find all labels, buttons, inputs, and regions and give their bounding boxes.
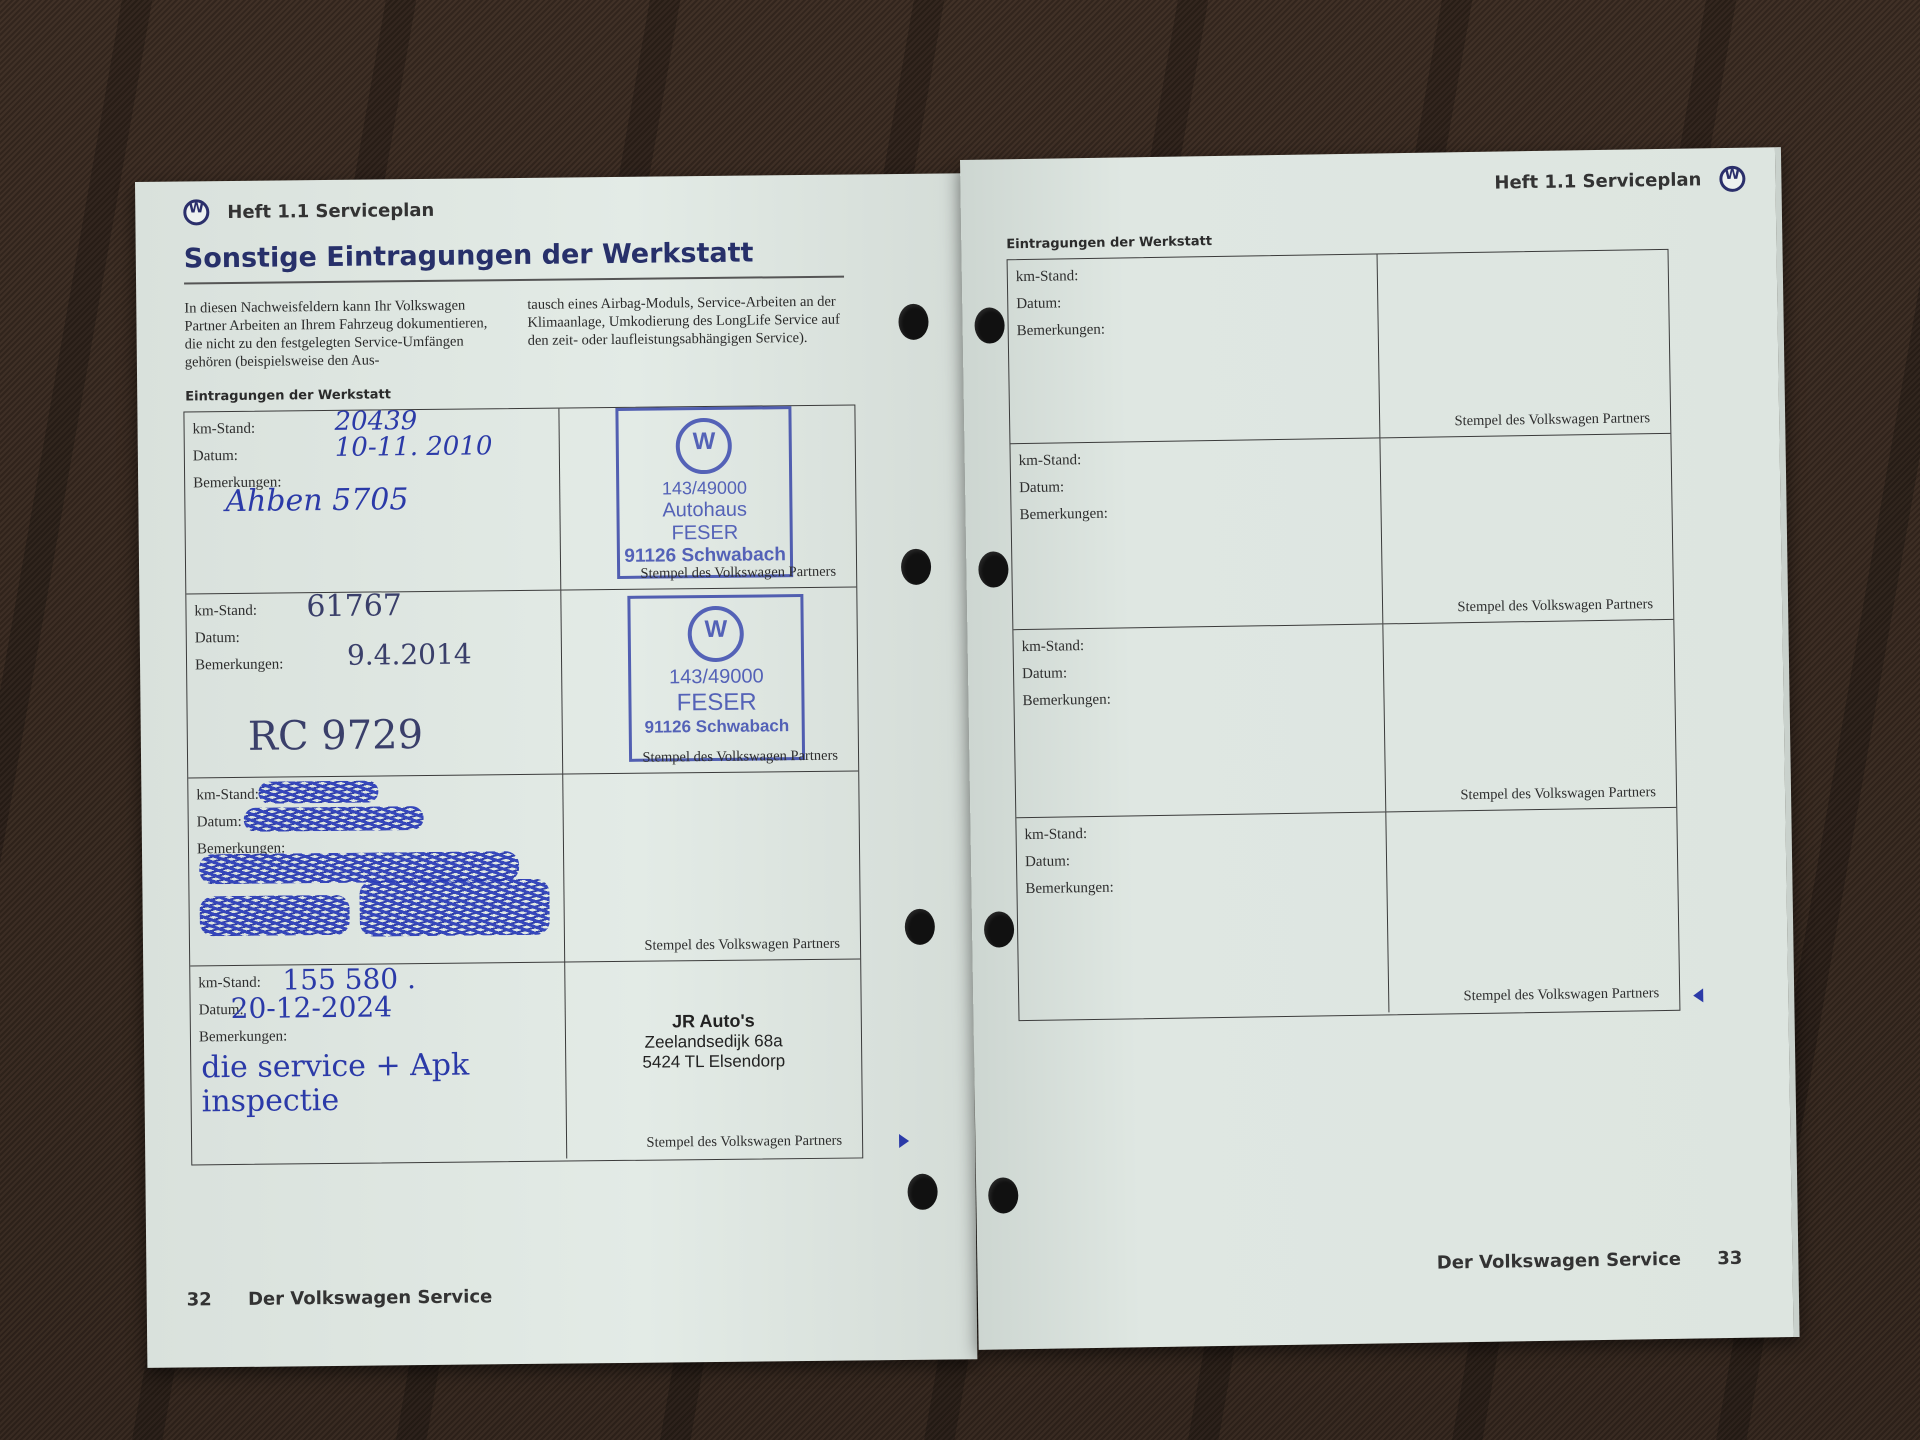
vw-logo-icon <box>1719 166 1745 192</box>
right-header: Heft 1.1 Serviceplan <box>1494 166 1745 196</box>
binder-hole <box>984 911 1015 947</box>
stamp-area: Stempel des Volkswagen Partners <box>563 771 860 961</box>
binder-hole <box>988 1177 1019 1213</box>
stamp-caption: Stempel des Volkswagen Partners <box>1454 410 1650 430</box>
intro-text: In diesen Nachweisfeldern kann Ihr Volks… <box>184 293 845 372</box>
handwritten-km: 61767 <box>306 588 402 624</box>
remarks-label: Bemerkungen: <box>1025 871 1378 904</box>
handwritten-date: 20-12-2024 <box>230 990 392 1025</box>
vw-stamp-logo-icon <box>688 606 745 663</box>
remarks-label: Bemerkungen: <box>1022 683 1375 716</box>
handwritten-date: 10-11. 2010 <box>335 431 493 463</box>
section-label: Eintragungen der Werkstatt <box>185 387 391 404</box>
remarks-label: Bemerkungen: <box>1019 497 1372 530</box>
vw-stamp-logo-icon <box>676 418 733 475</box>
footer-text: Der Volkswagen Service <box>1437 1249 1682 1274</box>
remarks-label: Bemerkungen: <box>199 1021 557 1052</box>
entries-table: km-Stand: Datum: Bemerkungen: 20439 10-1… <box>183 404 863 1165</box>
stamp-code: 143/49000 <box>619 477 789 500</box>
entry-row: km-Stand: Datum: Bemerkungen: 61767 9.4.… <box>186 587 858 778</box>
entry-row-empty: km-Stand: Datum: Bemerkungen: Stempel de… <box>1016 808 1679 1018</box>
dealer-street: Zeelandsedijk 68a <box>645 1031 783 1051</box>
page-number: 32 <box>187 1289 212 1310</box>
handwritten-remarks-line2: inspectie <box>201 1083 339 1119</box>
stamp-area: 143/49000 Autohaus FESER 91126 Schwabach… <box>560 405 857 589</box>
right-footer: Der Volkswagen Service 33 <box>1437 1248 1743 1274</box>
header-text: Heft 1.1 Serviceplan <box>1494 169 1701 193</box>
stamp-area: Stempel des Volkswagen Partners <box>1386 808 1680 1013</box>
binder-hole <box>974 307 1005 343</box>
remarks-label: Bemerkungen: <box>1016 313 1369 346</box>
stamp-caption: Stempel des Volkswagen Partners <box>1460 784 1656 804</box>
stamp-area: Stempel des Volkswagen Partners <box>1383 620 1676 812</box>
stamp-caption: Stempel des Volkswagen Partners <box>640 564 836 583</box>
footer-text: Der Volkswagen Service <box>248 1286 492 1310</box>
handwritten-remarks: Ahben 5705 <box>225 482 409 519</box>
right-page: Heft 1.1 Serviceplan Eintragungen der We… <box>960 147 1800 1350</box>
entry-row: km-Stand: Datum: Bemerkungen: 20439 10-1… <box>184 405 856 594</box>
left-page: Heft 1.1 Serviceplan Sonstige Eintragung… <box>135 173 977 1368</box>
entry-row-empty: km-Stand: Datum: Bemerkungen: Stempel de… <box>1013 620 1676 818</box>
binder-hole <box>907 1174 937 1210</box>
entry-fields: km-Stand: Datum: Bemerkungen: <box>1016 812 1389 1018</box>
entry-fields: km-Stand: Datum: Bemerkungen: <box>188 775 565 966</box>
scribble-remarks-3 <box>359 879 550 937</box>
page-title: Sonstige Eintragungen der Werkstatt <box>184 237 844 285</box>
scribble-remarks-2 <box>199 895 349 937</box>
entry-fields: km-Stand: Datum: Bemerkungen: <box>1013 624 1385 817</box>
entry-fields: km-Stand: Datum: Bemerkungen: 61767 9.4.… <box>186 591 563 778</box>
stamp-area: JR Auto's Zeelandsedijk 68a 5424 TL Else… <box>565 959 862 1158</box>
intro-column-1: In diesen Nachweisfeldern kann Ihr Volks… <box>184 296 502 371</box>
entry-row-crossed-out: km-Stand: Datum: Bemerkungen: Stempel de… <box>188 771 860 966</box>
stamp-caption: Stempel des Volkswagen Partners <box>1463 985 1659 1005</box>
stamp-caption: Stempel des Volkswagen Partners <box>642 748 838 767</box>
entry-fields: km-Stand: Datum: Bemerkungen: 20439 10-1… <box>184 409 561 594</box>
dealer-name: JR Auto's <box>672 1011 755 1032</box>
handwritten-remarks-line1: die service + Apk <box>201 1048 469 1086</box>
entries-table: km-Stand: Datum: Bemerkungen: Stempel de… <box>1007 249 1681 1021</box>
entry-fields: km-Stand: Datum: Bemerkungen: <box>1010 438 1382 629</box>
entry-row-empty: km-Stand: Datum: Bemerkungen: Stempel de… <box>1008 250 1671 444</box>
stamp-area: Stempel des Volkswagen Partners <box>1380 434 1673 624</box>
binder-hole <box>905 909 935 945</box>
stamp-caption: Stempel des Volkswagen Partners <box>1457 596 1653 616</box>
vw-logo-icon <box>183 199 209 225</box>
stamp-area: 143/49000 FESER 91126 Schwabach Stempel … <box>561 587 858 773</box>
page-number: 33 <box>1717 1248 1742 1269</box>
scribble-date <box>244 806 424 832</box>
stamp-line3: 91126 Schwabach <box>632 716 802 738</box>
dealer-city: 5424 TL Elsendorp <box>642 1051 785 1071</box>
stamp-line1: Autohaus <box>620 498 790 523</box>
left-footer: 32 Der Volkswagen Service <box>187 1286 493 1310</box>
scribble-km <box>258 780 378 803</box>
handwritten-remarks: RC 9729 <box>248 712 424 760</box>
entry-row-empty: km-Stand: Datum: Bemerkungen: Stempel de… <box>1010 434 1673 630</box>
stamp-line2: FESER <box>620 521 790 546</box>
stamp-code: 143/49000 <box>631 665 801 690</box>
stamp-line2: FESER <box>632 688 802 718</box>
dealer-stamp: 143/49000 Autohaus FESER 91126 Schwabach <box>616 406 794 579</box>
printed-dealer-stamp: JR Auto's Zeelandsedijk 68a 5424 TL Else… <box>566 1009 861 1073</box>
stamp-caption: Stempel des Volkswagen Partners <box>646 1133 842 1152</box>
dealer-stamp: 143/49000 FESER 91126 Schwabach <box>628 594 806 762</box>
next-page-arrow-icon <box>899 1134 909 1148</box>
header-text: Heft 1.1 Serviceplan <box>227 199 434 222</box>
binder-hole <box>898 304 928 340</box>
binder-hole <box>901 549 931 585</box>
entry-row: km-Stand: Datum: Bemerkungen: 155 580 . … <box>190 959 862 1162</box>
intro-column-2: tausch eines Airbag-Moduls, Service-Arbe… <box>527 293 845 368</box>
stamp-caption: Stempel des Volkswagen Partners <box>644 936 840 955</box>
previous-page-arrow-icon <box>1693 988 1703 1002</box>
stamp-area: Stempel des Volkswagen Partners <box>1377 250 1670 438</box>
section-label: Eintragungen der Werkstatt <box>1006 234 1212 252</box>
entry-fields: km-Stand: Datum: Bemerkungen: 155 580 . … <box>190 963 567 1163</box>
left-header: Heft 1.1 Serviceplan <box>183 197 434 226</box>
handwritten-date: 9.4.2014 <box>347 638 472 672</box>
entry-fields: km-Stand: Datum: Bemerkungen: <box>1008 254 1380 443</box>
binder-hole <box>978 551 1009 587</box>
